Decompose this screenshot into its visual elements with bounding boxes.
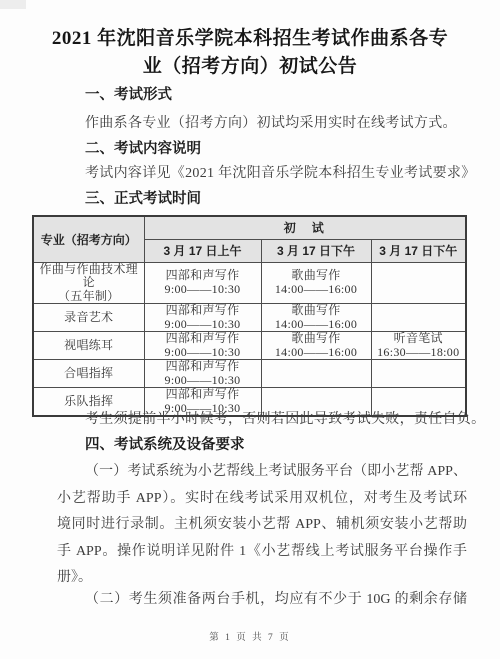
exam-time: 9:00——10:30 — [145, 346, 261, 360]
exam-subject: 歌曲写作 — [262, 332, 371, 346]
schedule-cell — [371, 360, 466, 388]
schedule-cell: 歌曲写作 14:00——16:00 — [261, 332, 371, 360]
major-cell: 作曲与作曲技术理论 （五年制） — [33, 262, 144, 304]
exam-time: 9:00——10:30 — [145, 374, 261, 388]
paragraph-2-line: （二）考生须准备两台手机，均应有不少于 10G 的剩余存储 — [57, 587, 467, 614]
doc-title-line-2: 业（招考方向）初试公告 — [0, 53, 500, 81]
exam-time: 9:00——10:30 — [145, 283, 261, 297]
document-page: 2021 年沈阳音乐学院本科招生考试作曲系各专 业（招考方向）初试公告 一、考试… — [0, 0, 500, 659]
exam-time: 14:00——16:00 — [262, 283, 371, 297]
schedule-cell: 歌曲写作 14:00——16:00 — [261, 304, 371, 332]
date-header-cell: 3 月 17 日上午 — [144, 239, 261, 262]
date-header-cell: 3 月 17 日下午 — [261, 239, 371, 262]
exam-subject: 听音笔试 — [372, 332, 466, 346]
paragraph-2: （二）考生须准备两台手机，均应有不少于 10G 的剩余存储 — [57, 587, 467, 614]
exam-time: 14:00——16:00 — [262, 318, 371, 332]
schedule-cell — [371, 304, 466, 332]
page-footer: 第 1 页 共 7 页 — [0, 629, 500, 643]
doc-title-line-1: 2021 年沈阳音乐学院本科招生考试作曲系各专 — [0, 25, 500, 53]
exam-time: 16:30——18:00 — [372, 346, 466, 360]
schedule-cell — [371, 262, 466, 304]
schedule-cell: 四部和声写作 9:00——10:30 — [144, 304, 261, 332]
section-1-heading: 一、考试形式 — [57, 86, 467, 104]
group-header-cell: 初 试 — [144, 216, 466, 239]
exam-subject: 四部和声写作 — [145, 304, 261, 318]
paragraph-1-line: 手 APP。操作说明详见附件 1《小艺帮线上考试服务平台操作手 — [57, 539, 467, 566]
section-3-heading: 三、正式考试时间 — [57, 190, 467, 208]
exam-subject: 四部和声写作 — [145, 269, 261, 283]
schedule-cell: 四部和声写作 9:00——10:30 — [144, 332, 261, 360]
scan-artifact — [0, 0, 26, 9]
table-row: 作曲与作曲技术理论 （五年制） 四部和声写作 9:00——10:30 歌曲写作 … — [33, 262, 466, 304]
major-cell: 合唱指挥 — [33, 360, 144, 388]
exam-subject: 歌曲写作 — [262, 269, 371, 283]
major-name: 视唱练耳 — [34, 339, 144, 353]
schedule-cell: 四部和声写作 9:00——10:30 — [144, 360, 261, 388]
major-name: 乐队指挥 — [34, 395, 144, 409]
paragraph-1: （一）考试系统为小艺帮线上考试服务平台（即小艺帮 APP、 小艺帮助手 APP）… — [57, 459, 467, 592]
exam-time: 14:00——16:00 — [262, 346, 371, 360]
exam-time: 9:00——10:30 — [145, 318, 261, 332]
table-row: 视唱练耳 四部和声写作 9:00——10:30 歌曲写作 14:00——16:0… — [33, 332, 466, 360]
schedule-cell — [261, 360, 371, 388]
major-cell: 录音艺术 — [33, 304, 144, 332]
exam-subject: 四部和声写作 — [145, 388, 261, 402]
corner-header-cell: 专业（招考方向） — [33, 216, 144, 262]
table-row: 录音艺术 四部和声写作 9:00——10:30 歌曲写作 14:00——16:0… — [33, 304, 466, 332]
exam-schedule-table: 专业（招考方向） 初 试 3 月 17 日上午 3 月 17 日下午 3 月 1… — [32, 215, 467, 417]
doc-title: 2021 年沈阳音乐学院本科招生考试作曲系各专 业（招考方向）初试公告 — [0, 25, 500, 81]
paragraph-1-line: 境同时进行录制。主机须安装小艺帮 APP、辅机须安装小艺帮助 — [57, 512, 467, 539]
schedule-cell: 听音笔试 16:30——18:00 — [371, 332, 466, 360]
exam-note: 考生须提前半小时候考，否则若因此导致考试失败，责任自负。 — [57, 411, 467, 429]
major-name-2: （五年制） — [34, 290, 144, 304]
paragraph-1-line: （一）考试系统为小艺帮线上考试服务平台（即小艺帮 APP、 — [57, 459, 467, 486]
major-name: 作曲与作曲技术理论 — [34, 263, 144, 290]
major-cell: 视唱练耳 — [33, 332, 144, 360]
exam-subject: 四部和声写作 — [145, 360, 261, 374]
exam-subject: 歌曲写作 — [262, 304, 371, 318]
exam-subject: 四部和声写作 — [145, 332, 261, 346]
section-1-body: 作曲系各专业（招考方向）初试均采用实时在线考试方式。 — [57, 115, 467, 133]
section-4-heading: 四、考试系统及设备要求 — [57, 436, 467, 454]
major-name: 合唱指挥 — [34, 367, 144, 381]
table-row: 合唱指挥 四部和声写作 9:00——10:30 — [33, 360, 466, 388]
schedule-cell: 四部和声写作 9:00——10:30 — [144, 262, 261, 304]
schedule-cell: 歌曲写作 14:00——16:00 — [261, 262, 371, 304]
section-2-heading: 二、考试内容说明 — [57, 140, 467, 158]
paragraph-1-line: 小艺帮助手 APP）。实时在线考试采用双机位，对考生及考试环 — [57, 486, 467, 513]
major-name: 录音艺术 — [34, 311, 144, 325]
date-header-cell: 3 月 17 日下午 — [371, 239, 466, 262]
section-2-body: 考试内容详见《2021 年沈阳音乐学院本科招生专业考试要求》 — [57, 165, 467, 183]
